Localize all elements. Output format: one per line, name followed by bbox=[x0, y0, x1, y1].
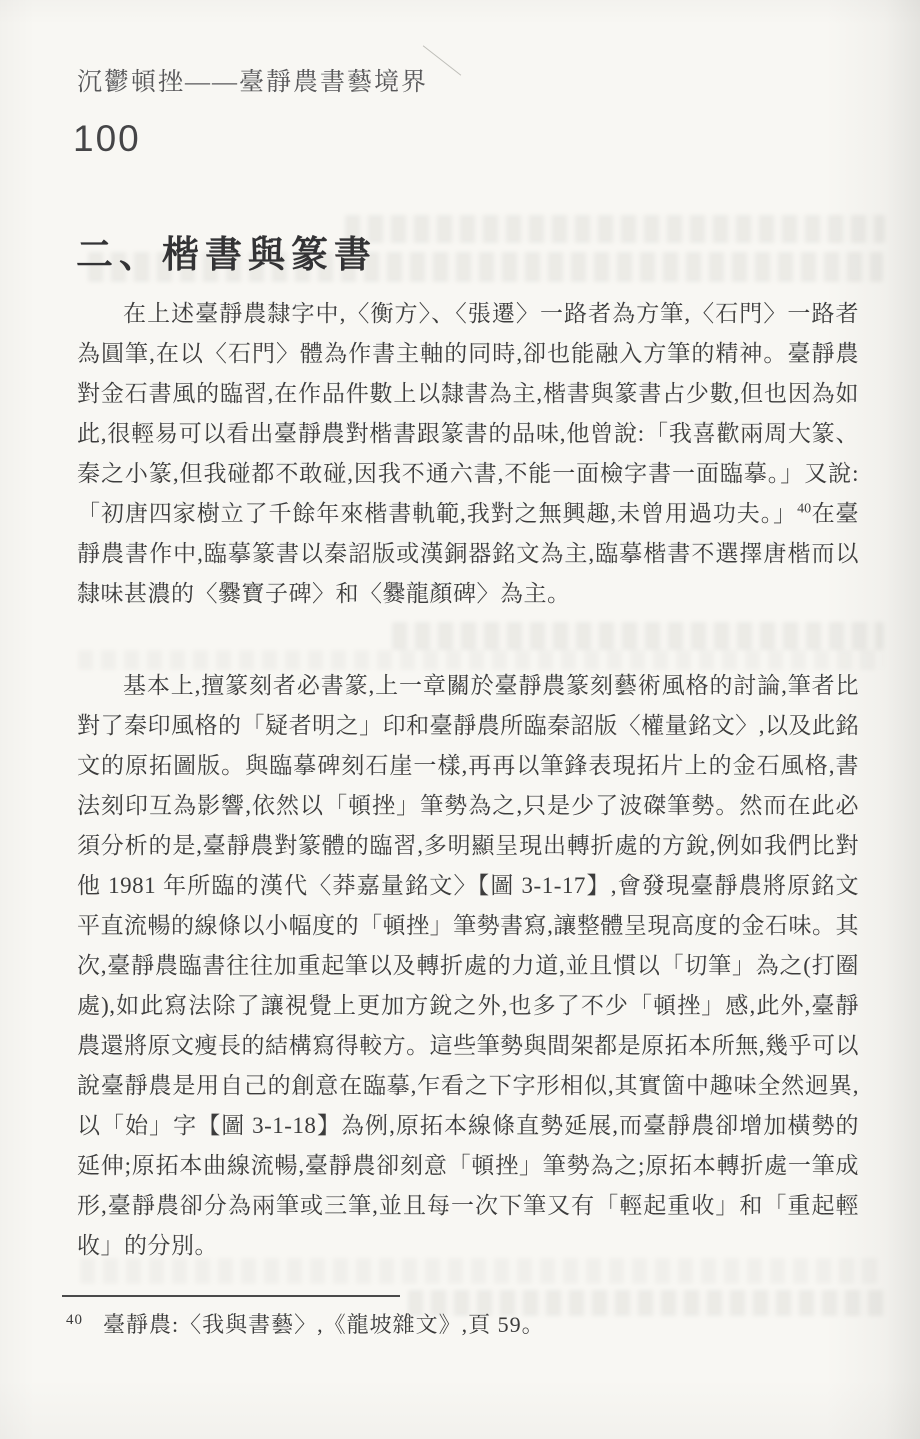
footnote-marker: 40 bbox=[66, 1312, 83, 1328]
page-number: 100 bbox=[73, 118, 141, 160]
body-text: 在上述臺靜農隸字中,〈衡方〉、〈張遷〉一路者為方筆,〈石門〉一路者為圓筆,在以〈… bbox=[77, 294, 859, 1318]
paper-crease bbox=[423, 45, 461, 75]
running-header: 沉鬱頓挫——臺靜農書藝境界 bbox=[77, 62, 428, 98]
footnote: 40臺靜農:〈我與書藝〉,《龍坡雜文》,頁 59。 bbox=[66, 1308, 766, 1342]
book-page: 沉鬱頓挫——臺靜農書藝境界 100 二、楷書與篆書 在上述臺靜農隸字中,〈衡方〉… bbox=[0, 0, 920, 1439]
footnote-separator-rule bbox=[62, 1295, 400, 1297]
paragraph-2: 基本上,擅篆刻者必書篆,上一章關於臺靜農篆刻藝術風格的討論,筆者比對了秦印風格的… bbox=[77, 666, 859, 1266]
section-heading: 二、楷書與篆書 bbox=[76, 224, 377, 278]
paragraph-1: 在上述臺靜農隸字中,〈衡方〉、〈張遷〉一路者為方筆,〈石門〉一路者為圓筆,在以〈… bbox=[77, 294, 859, 614]
bleedthrough-text bbox=[345, 215, 885, 243]
paragraph-1-text-before-ref: 在上述臺靜農隸字中,〈衡方〉、〈張遷〉一路者為方筆,〈石門〉一路者為圓筆,在以〈… bbox=[77, 301, 859, 526]
footnote-text: 臺靜農:〈我與書藝〉,《龍坡雜文》,頁 59。 bbox=[103, 1312, 545, 1337]
footnote-ref-40: 40 bbox=[797, 501, 811, 516]
